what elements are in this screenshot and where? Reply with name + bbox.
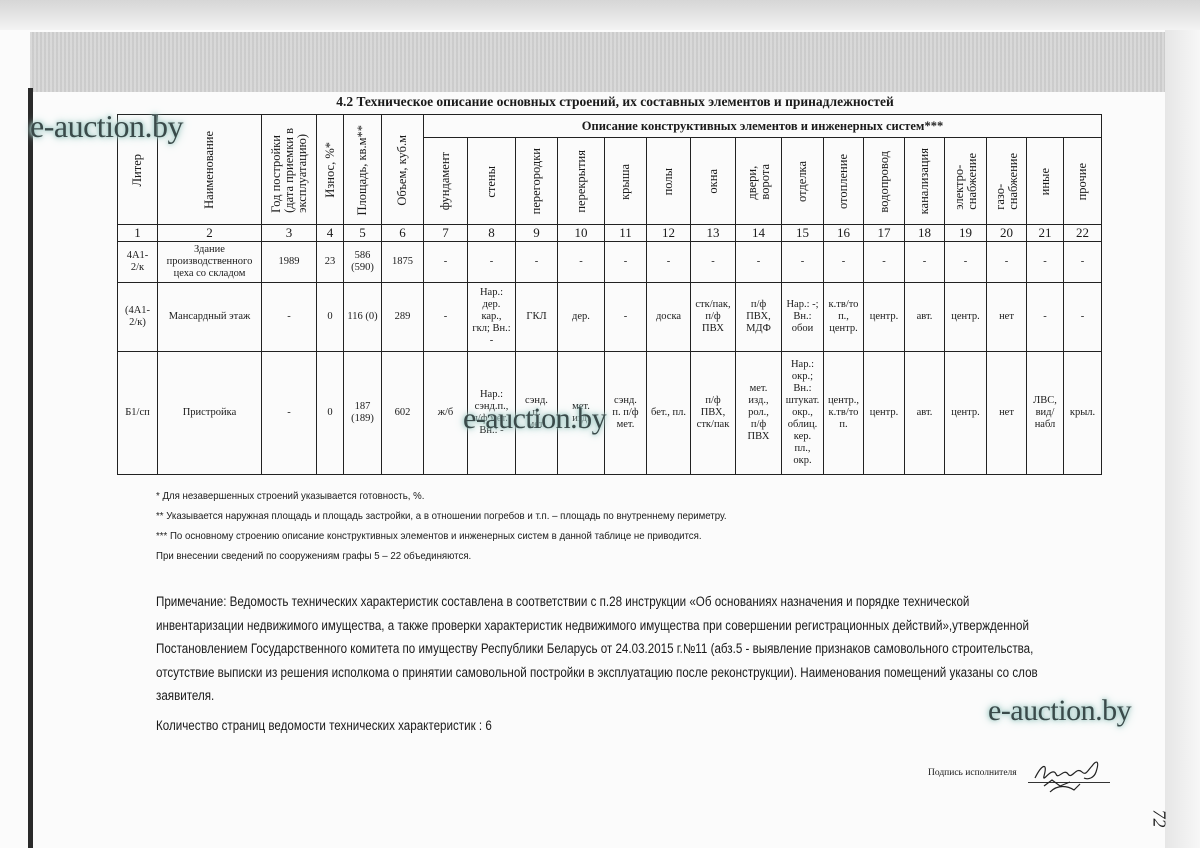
table-cell: - [558, 242, 605, 283]
table-cell: авт. [905, 352, 945, 475]
table-cell: - [1064, 283, 1102, 352]
table-cell: 289 [382, 283, 424, 352]
watermark: e-auction.by [463, 402, 606, 436]
scan-gray-band [30, 32, 1165, 92]
table-cell: - [424, 242, 468, 283]
table-cell: центр. [945, 283, 987, 352]
footnote: * Для незавершенных строений указывается… [156, 486, 727, 506]
table-cell: Мансардный этаж [158, 283, 262, 352]
table-cell: 1989 [262, 242, 317, 283]
col-num: 2 [158, 225, 262, 242]
table-row: Б1/сп Пристройка - 0 187 (189) 602 ж/б Н… [118, 352, 1102, 475]
group-header-elements: Описание конструктивных элементов и инже… [424, 115, 1102, 138]
table-cell: Нар.: дер. кар., гкл; Вн.: - [468, 283, 516, 352]
signature-label: Подпись исполнителя [928, 768, 1017, 778]
table-cell: бет., пл. [647, 352, 691, 475]
col-header-wear: Износ, %* [317, 115, 344, 225]
table-cell: нет [987, 283, 1027, 352]
footnote: ** Указывается наружная площадь и площад… [156, 506, 727, 526]
table-cell: п/ф ПВХ, МДФ [736, 283, 782, 352]
table-cell: 116 (0) [344, 283, 382, 352]
table-cell: центр., к.тв/то п. [824, 352, 864, 475]
col-header-year: Год постройки (дата приемки в эксплуатац… [262, 115, 317, 225]
table-cell: центр. [945, 352, 987, 475]
technical-description-table: Литер Наименование Год постройки (дата п… [117, 114, 1102, 475]
col-header-doors: двери, ворота [736, 138, 782, 225]
col-num: 20 [987, 225, 1027, 242]
col-num: 8 [468, 225, 516, 242]
table-cell: ж/б [424, 352, 468, 475]
table-cell: крыл. [1064, 352, 1102, 475]
table-cell: доска [647, 283, 691, 352]
table-row: 4А1- 2/к Здание производственного цеха с… [118, 242, 1102, 283]
signature-icon [1030, 756, 1110, 796]
col-header-gas: газо- снабжение [987, 138, 1027, 225]
table-cell: - [262, 352, 317, 475]
col-num: 4 [317, 225, 344, 242]
table-cell: - [1064, 242, 1102, 283]
table-cell: 1875 [382, 242, 424, 283]
table-cell: (4А1- 2/к) [118, 283, 158, 352]
table-cell: п/ф ПВХ, стк/пак [691, 352, 736, 475]
table-cell: 586 (590) [344, 242, 382, 283]
footnote: *** По основному строению описание конст… [156, 526, 727, 546]
table-cell: - [605, 242, 647, 283]
col-header-foundation: фундамент [424, 138, 468, 225]
col-num: 21 [1027, 225, 1064, 242]
table-cell: 602 [382, 352, 424, 475]
col-num: 16 [824, 225, 864, 242]
table-cell: - [691, 242, 736, 283]
col-num: 5 [344, 225, 382, 242]
table-cell: к.тв/то п., центр. [824, 283, 864, 352]
table-cell: - [516, 242, 558, 283]
table-cell: - [736, 242, 782, 283]
col-num: 15 [782, 225, 824, 242]
footnotes: * Для незавершенных строений указывается… [156, 486, 727, 566]
table-cell: центр. [864, 283, 905, 352]
col-num: 22 [1064, 225, 1102, 242]
col-header-walls: стены [468, 138, 516, 225]
footnote: При внесении сведений по сооружениям гра… [156, 546, 727, 566]
table-cell: - [782, 242, 824, 283]
table-cell: авт. [905, 283, 945, 352]
col-header-sewage: канализация [905, 138, 945, 225]
table-row: (4А1- 2/к) Мансардный этаж - 0 116 (0) 2… [118, 283, 1102, 352]
column-number-row: 1 2 3 4 5 6 7 8 9 10 11 12 13 14 15 16 1… [118, 225, 1102, 242]
table-cell: сэнд. п. п/ф мет. [605, 352, 647, 475]
col-header-partitions: перегородки [516, 138, 558, 225]
table-cell: стк/пак, п/ф ПВХ [691, 283, 736, 352]
table-cell: - [1027, 283, 1064, 352]
table-cell: - [605, 283, 647, 352]
table-cell: - [987, 242, 1027, 283]
col-header-misc: прочие [1064, 138, 1102, 225]
table-cell: - [647, 242, 691, 283]
page-number: 72 [1149, 810, 1170, 828]
table-cell: Здание производственного цеха со складом [158, 242, 262, 283]
col-header-heating: отопление [824, 138, 864, 225]
col-num: 11 [605, 225, 647, 242]
table-cell: мет. изд., рол., п/ф ПВХ [736, 352, 782, 475]
table-cell: - [824, 242, 864, 283]
col-header-windows: окна [691, 138, 736, 225]
col-num: 12 [647, 225, 691, 242]
col-num: 1 [118, 225, 158, 242]
table-cell: 0 [317, 352, 344, 475]
table-cell: 187 (189) [344, 352, 382, 475]
col-num: 6 [382, 225, 424, 242]
page-count: Количество страниц ведомости технических… [156, 718, 492, 733]
table-cell: Б1/сп [118, 352, 158, 475]
table-cell: - [945, 242, 987, 283]
col-num: 17 [864, 225, 905, 242]
table-cell: Пристройка [158, 352, 262, 475]
col-num: 9 [516, 225, 558, 242]
watermark: e-auction.by [30, 108, 183, 145]
table-cell: дер. [558, 283, 605, 352]
col-num: 10 [558, 225, 605, 242]
col-header-electricity: электро- снабжение [945, 138, 987, 225]
table-cell: - [424, 283, 468, 352]
table-cell: ГКЛ [516, 283, 558, 352]
scan-right-edge [1165, 30, 1200, 848]
table-cell: нет [987, 352, 1027, 475]
table-cell: - [1027, 242, 1064, 283]
col-header-volume: Объем, куб.м [382, 115, 424, 225]
table-cell: 23 [317, 242, 344, 283]
table-cell: Нар.: -; Вн.: обои [782, 283, 824, 352]
col-num: 3 [262, 225, 317, 242]
col-header-roof: крыша [605, 138, 647, 225]
table-cell: - [468, 242, 516, 283]
col-header-other: иные [1027, 138, 1064, 225]
note-paragraph: Примечание: Ведомость технических характ… [156, 590, 1042, 708]
col-num: 18 [905, 225, 945, 242]
col-header-ceilings: перекрытия [558, 138, 605, 225]
scan-top-shadow [0, 0, 1200, 30]
scan-left-border [28, 88, 33, 848]
table-cell: - [262, 283, 317, 352]
col-num: 7 [424, 225, 468, 242]
table-cell: центр. [864, 352, 905, 475]
col-num: 13 [691, 225, 736, 242]
col-header-water: водопровод [864, 138, 905, 225]
col-header-finishing: отделка [782, 138, 824, 225]
col-header-area: Площадь, кв.м** [344, 115, 382, 225]
table-cell: ЛВС, вид/ набл [1027, 352, 1064, 475]
table-cell: 0 [317, 283, 344, 352]
col-num: 14 [736, 225, 782, 242]
table-cell: - [864, 242, 905, 283]
col-header-floors: полы [647, 138, 691, 225]
col-num: 19 [945, 225, 987, 242]
table-cell: Нар.: окр.; Вн.: штукат. окр., облиц. ке… [782, 352, 824, 475]
table-cell: 4А1- 2/к [118, 242, 158, 283]
watermark: e-auction.by [988, 694, 1131, 728]
table-cell: - [905, 242, 945, 283]
